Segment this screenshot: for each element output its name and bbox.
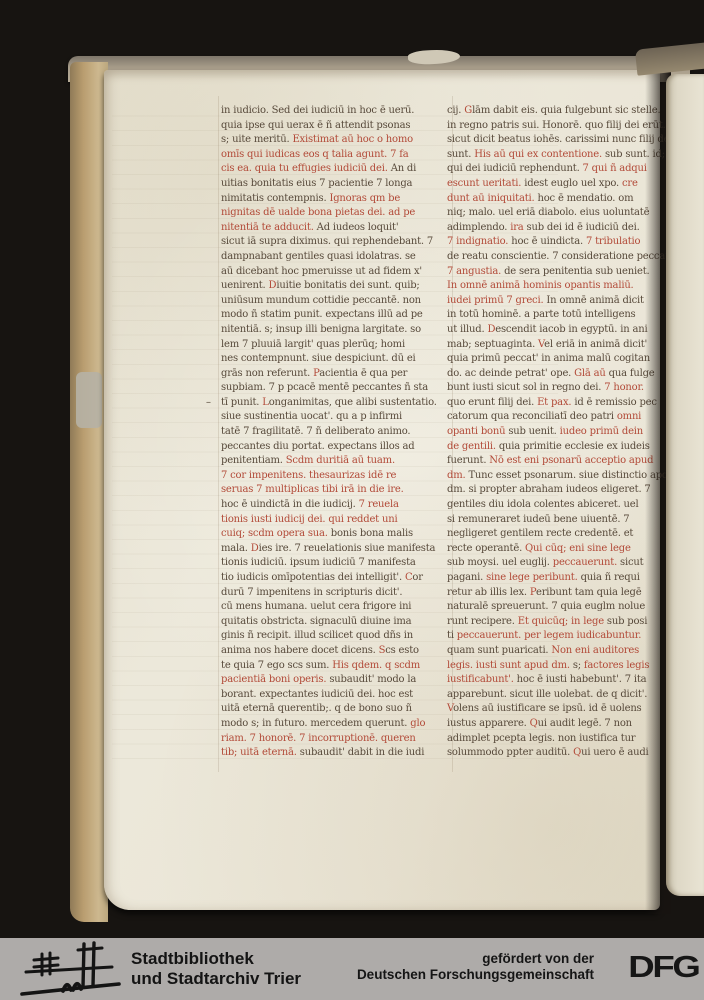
book-corner-top-right [635,42,704,75]
rubric-text: factores legis [584,660,649,671]
manuscript-line: dunt aū iniquitati. hoc ē mendatio. om [447,192,663,207]
rubric-text: Nō est eni psonarū acceptio apud [489,455,653,466]
manuscript-line: ginis ñ recipit. illud scilicet quod dñs… [221,629,449,644]
book-spine-edge [70,62,108,922]
manuscript-line: de reatu conscientie. 7 consideratione p… [447,250,663,265]
manuscript-line: quam sunt puaricati. Non eni auditores [447,644,663,659]
rubric-text: Q [573,747,581,758]
rubric-text: ira [510,222,526,233]
rubric-text: tib; uitā eternā. [221,747,300,758]
ink-text: hoc ē uindicta. [511,236,586,247]
ink-text: uitias bonitatis eius 7 pacientie 7 long… [221,178,412,189]
rubric-text: His aū qui ex contentione. [474,149,605,160]
manuscript-line: riam. 7 honorē. 7 incorruptionē. queren [221,732,449,747]
ink-text: el eriā in animā dicit' [544,339,647,350]
manuscript-line: tionis iusti iudicij dei. qui reddet uni [221,513,449,528]
library-name-line1: Stadtbibliothek [131,949,301,969]
manuscript-line: tatē 7 fragilitatē. 7 ñ deliberato animo… [221,425,449,440]
manuscript-line: s; uite meritū. Existimat aū hoc o homo [221,133,449,148]
ruling-vertical-left [218,96,219,772]
manuscript-line: grās non referunt. Pacientia ē qua per [221,367,449,382]
manuscript-line: modo ñ statim punit. expectans illū ad p… [221,308,449,323]
ink-text: sicut dicit beatus iohēs. carissimi nunc… [447,134,672,145]
rubric-text: dm. [447,470,468,481]
manuscript-line: nimitatis contempnis. Ignoras qm be [221,192,449,207]
manuscript-line: gentiles diu idola colentes abiceret. ue… [447,498,663,513]
manuscript-line: hoc ē uindictā in die iudicij. 7 reuela [221,498,449,513]
dfg-logo: DFG [628,947,698,987]
ink-text: tio iudicis omīpotentias dei intelligit'… [221,572,405,583]
ink-text: naturalē spreuerunt. 7 quia euglm nolue [447,601,645,612]
ink-text: modo s; in futuro. mercedem querunt. [221,718,410,729]
ink-text: in regno patris sui. Honorē. quo filij d… [447,120,666,131]
ink-text: cū mens humana. uelut cera frigore ini [221,601,411,612]
manuscript-line: qui dei iudiciū rephendunt. 7 qui ñ adqu… [447,162,663,177]
ink-text: ginis ñ recipit. illud scilicet quod dñs… [221,630,413,641]
rubric-text: D [251,543,259,554]
ink-text: quitatis obstricta. signaculū diuine ima [221,616,411,627]
ink-text: quia ipse qui uerax ē ñ attendit psonas [221,120,410,131]
ink-text: An di [391,163,416,174]
ink-text: escendit iacob in egyptū. in ani [495,324,647,335]
ink-text: eribunt tam quia legē [536,587,641,598]
ink-text: mab; septuaginta. [447,339,538,350]
funding-credit: gefördert von der Deutschen Forschungsge… [357,951,594,983]
ink-text: dampnabant gentiles quasi idolatras. se [221,251,416,262]
rubric-text: nitentiā te adducit. [221,222,317,233]
rubric-text: riam. 7 honorē. 7 incorruptionē. queren [221,733,416,744]
rubric-text: cis ea. quia tu effugies iudiciū dei. [221,163,391,174]
manuscript-line: nignitas dē ualde bona pietas dei. ad pe [221,206,449,221]
manuscript-line: legis. iusti sunt apud dm. s; factores l… [447,659,663,674]
ink-text: lām dabit eis. quia fulgebunt sic stelle… [472,105,660,116]
manuscript-line: tionis iudiciū. ipsum iudiciū 7 manifest… [221,556,449,571]
ink-text: hoc ē uindictā in die iudicij. [221,499,359,510]
manuscript-scan: in iudicio. Sed dei iudiciū in hoc ē uer… [0,0,704,1000]
manuscript-line: quitatis obstricta. signaculū diuine ima [221,615,449,630]
manuscript-line: cū mens humana. uelut cera frigore ini [221,600,449,615]
ink-text: nimitatis contempnis. [221,193,329,204]
manuscript-line: ti peccauerunt. per legem iudicabuntur. [447,629,663,644]
rubric-text: opanti bonū [447,426,508,437]
ink-text: idest euglo uel xpo. [524,178,622,189]
ink-text: uitā eternā querentib;. q de bono suo ñ [221,703,412,714]
manuscript-line: bunt iusti sicut sol in regno dei. 7 hon… [447,381,663,396]
ink-text: fuerunt. [447,455,489,466]
manuscript-line: uenirent. Diuitie bonitatis dei sunt. qu… [221,279,449,294]
manuscript-line: iudei primū 7 greci. In omnē animā dicit [447,294,663,309]
ink-text: supbiam. 7 p pcacē mentē peccantes ñ sta [221,382,428,393]
manuscript-line: nes contempnunt. siue despiciunt. dū ei [221,352,449,367]
ink-text: sub dei id ē iudiciū dei. [527,222,640,233]
ink-text: ui uero ē audi [581,747,648,758]
manuscript-line: anima nos habere docet dicens. Scs esto [221,644,449,659]
rubric-text: Existimat aū hoc o homo [292,134,413,145]
ink-text: do. ac deinde petrat' ope. [447,368,574,379]
rubric-text: 7 honor. [604,382,644,393]
manuscript-line: in iudicio. Sed dei iudiciū in hoc ē uer… [221,104,449,119]
ink-text: si remuneraret iudeū bene uiuentē. 7 [447,514,629,525]
manuscript-line: tib; uitā eternā. subaudit' dabit in die… [221,746,449,761]
manuscript-line: pacientiā boni operis. subaudit' modo la [221,673,449,688]
rubric-text: 7 cor impenitens. thesaurizas idē re [221,470,396,481]
ink-text: peccantes diu portat. expectans illos ad [221,441,414,452]
library-name-line2: und Stadtarchiv Trier [131,969,301,989]
rubric-text: Glā aū [574,368,609,379]
ink-text: in iudicio. Sed dei iudiciū in hoc ē uer… [221,105,414,116]
ink-text: ies ire. 7 reuelationis siue manifesta [259,543,436,554]
manuscript-line: in regno patris sui. Honorē. quo filij d… [447,119,663,134]
text-column-right: cij. Glām dabit eis. quia fulgebunt sic … [447,104,663,761]
ink-text: ui audit legē. 7 non [538,718,632,729]
ink-text: tionis iudiciū. ipsum iudiciū 7 manifest… [221,557,416,568]
manuscript-line: negligeret gentilem recte credentē. et [447,527,663,542]
manuscript-line: modo s; in futuro. mercedem querunt. glo [221,717,449,732]
ink-text: ti [447,630,457,641]
manuscript-line: 7 cor impenitens. thesaurizas idē re [221,469,449,484]
ink-text: mala. [221,543,251,554]
rubric-text: peccauerunt. [553,557,620,568]
rubric-text: Et pax. [537,397,574,408]
rubric-text: In omnē animā hominis opantis maliū. [447,280,634,291]
rubric-text: omni [617,411,641,422]
rubric-text: glo [410,718,425,729]
manuscript-line: catorum qua reconciliatī deo patri omni [447,410,663,425]
ink-text: de sera penitentia sub ueniet. [504,266,649,277]
manuscript-line: 7 indignatio. hoc ē uindicta. 7 tribulat… [447,235,663,250]
manuscript-line: iustus apparere. Qui audit legē. 7 non [447,717,663,732]
ink-text: niq; malo. uel eriā diabolo. eius uolunt… [447,207,649,218]
manuscript-line: tī punit. Longanimitas, que alibi susten… [221,396,449,411]
rubric-text: sine lege peribunt. [486,572,580,583]
manuscript-line: dm. si propter abraham iudeos eligeret. … [447,483,663,498]
manuscript-line: adimplendo. ira sub dei id ē iudiciū dei… [447,221,663,236]
ink-text: anima nos habere docet dicens. [221,645,379,656]
rubric-text: Non eni auditores [551,645,639,656]
manuscript-line: cij. Glām dabit eis. quia fulgebunt sic … [447,104,663,119]
ink-text: In omnē animā dicit [546,295,643,306]
manuscript-line: seruas 7 multiplicas tibi irā in die ire… [221,483,449,498]
ink-text: Tunc esset psonarum. siue distinctio apd [468,470,668,481]
manuscript-line: opanti bonū sub uenit. iudeo primū dein [447,425,663,440]
rubric-text: 7 indignatio. [447,236,511,247]
ink-text: sub uenit. [508,426,559,437]
manuscript-line: retur ab illis lex. Peribunt tam quia le… [447,586,663,601]
spine-wear-patch [76,372,102,428]
ink-text: siue sustinentia uocat'. qu a p infirmi [221,411,402,422]
ink-text: quo erunt filij dei. [447,397,537,408]
ink-text: onganimitas, que alibi sustentatio. [269,397,437,408]
manuscript-line: sicut dicit beatus iohēs. carissimi nunc… [447,133,663,148]
ink-text: uenirent. [221,280,269,291]
ink-text: in totū hominē. a parte totū intelligens [447,309,636,320]
rubric-text: iustificabunt'. [447,674,517,685]
manuscript-line: nitentiā. s; insup illi benigna largitat… [221,323,449,338]
ink-text: qui dei iudiciū rephendunt. [447,163,583,174]
manuscript-line: siue sustinentia uocat'. qu a p infirmi [221,410,449,425]
rubric-text: seruas 7 multiplicas tibi irā in die ire… [221,484,404,495]
ink-text: aū dicebant hoc pmeruisse ut ad fidem x' [221,266,422,277]
stadtbibliothek-logo-icon [20,941,122,999]
manuscript-line: do. ac deinde petrat' ope. Glā aū qua fu… [447,367,663,382]
rubric-text: peccauerunt. per legem iudicabuntur. [457,630,641,641]
rubric-text: dunt aū iniquitati. [447,193,538,204]
manuscript-line: sub moysi. uel euglij. peccauerunt. sicu… [447,556,663,571]
rubric-text: Qui cūq; eni sine lege [525,543,631,554]
manuscript-line: aū dicebant hoc pmeruisse ut ad fidem x' [221,265,449,280]
manuscript-line: borant. expectantes iudiciū dei. hoc est [221,688,449,703]
ink-text: iuitie bonitatis dei sunt. quib; [276,280,419,291]
ink-text: tī punit. [221,397,262,408]
ink-text: sub posi [607,616,647,627]
rubric-text: 7 tribulatio [586,236,640,247]
manuscript-line: solummodo ppter auditū. Qui uero ē audi [447,746,663,761]
ink-text: pagani. [447,572,486,583]
next-page-edge [666,74,704,896]
ink-text: or [412,572,422,583]
manuscript-line: pagani. sine lege peribunt. quia ñ requi [447,571,663,586]
ink-text: borant. expectantes iudiciū dei. hoc est [221,689,413,700]
ink-text: subaudit' modo la [329,674,416,685]
manuscript-line: cis ea. quia tu effugies iudiciū dei. An… [221,162,449,177]
manuscript-line: nitentiā te adducit. Ad iudeos loquit' [221,221,449,236]
ink-text: sunt. [447,149,474,160]
manuscript-line: apparebunt. sicut ille uolebat. de q dic… [447,688,663,703]
manuscript-line: si remuneraret iudeū bene uiuentē. 7 [447,513,663,528]
ink-text: grās non referunt. [221,368,313,379]
rubric-text: G [464,105,472,116]
manuscript-line: quia ipse qui uerax ē ñ attendit psonas [221,119,449,134]
manuscript-line: sicut iā supra diximus. qui rephendebant… [221,235,449,250]
ink-text: hoc ē iusti habebunt'. 7 ita [517,674,647,685]
funding-line2: Deutschen Forschungsgemeinschaft [357,967,594,983]
manuscript-line: adimplet pcepta legis. non iustifica tur [447,732,663,747]
ink-text: adimplendo. [447,222,510,233]
ink-text: quam sunt puaricati. [447,645,551,656]
manuscript-line: iustificabunt'. hoc ē iusti habebunt'. 7… [447,673,663,688]
rubric-text: pacientiā boni operis. [221,674,329,685]
manuscript-line: quia primū peccat' in anima malū cogitan [447,352,663,367]
rubric-text: cre [622,178,638,189]
manuscript-line: mala. Dies ire. 7 reuelationis siue mani… [221,542,449,557]
ink-text: s; uite meritū. [221,134,292,145]
ink-text: apparebunt. sicut ille uolebat. de q dic… [447,689,647,700]
manuscript-line: fuerunt. Nō est eni psonarū acceptio apu… [447,454,663,469]
manuscript-line: runt recipere. Et quicūq; in lege sub po… [447,615,663,630]
manuscript-line: niq; malo. uel eriā diabolo. eius uolunt… [447,206,663,221]
rubric-text: Et quicūq; in lege [518,616,607,627]
rubric-text: omīs qui iudicas eos q talia agunt. 7 fa [221,149,409,160]
ink-text: subaudit' dabit in die iudi [300,747,424,758]
manuscript-line: te quia 7 ego scs sum. His qdem. q scdm [221,659,449,674]
rubric-text: iudeo primū dein [560,426,643,437]
rubric-text: 7 qui ñ adqui [583,163,647,174]
manuscript-line: de gentili. quia primitie ecclesie ex iu… [447,440,663,455]
ink-text: acientia ē qua per [319,368,407,379]
manuscript-line: tio iudicis omīpotentias dei intelligit'… [221,571,449,586]
ink-text: adimplet pcepta legis. non iustifica tur [447,733,635,744]
ink-text: runt recipere. [447,616,518,627]
manuscript-line: 7 angustia. de sera penitentia sub uenie… [447,265,663,280]
footer-banner: Stadtbibliothek und Stadtarchiv Trier ge… [0,938,704,1000]
ink-text: de reatu conscientie. 7 consideratione p… [447,251,675,262]
rubric-text: Scdm duritiā aū tuam. [286,455,395,466]
marginal-mark: – [206,397,211,408]
ink-text: nes contempnunt. siue despiciunt. dū ei [221,353,416,364]
manuscript-line: uitā eternā querentib;. q de bono suo ñ [221,702,449,717]
ink-text: retur ab illis lex. [447,587,530,598]
ink-text: quia primitie ecclesie ex iudeis [499,441,650,452]
ink-text: solummodo ppter auditū. [447,747,573,758]
ink-text: uniūsum mundum cottidie peccantē. non [221,295,421,306]
rubric-text: 7 reuela [359,499,399,510]
manuscript-line: In omnē animā hominis opantis maliū. [447,279,663,294]
manuscript-line: dampnabant gentiles quasi idolatras. se [221,250,449,265]
ink-text: quia ñ requi [581,572,640,583]
rubric-text: Q [530,718,538,729]
manuscript-line: peccantes diu portat. expectans illos ad [221,440,449,455]
ink-text: Ad iudeos loquit' [317,222,399,233]
ink-text: cs esto [385,645,419,656]
manuscript-line: Volens aū iustificare se ipsū. id ē uole… [447,702,663,717]
ink-text: dm. si propter abraham iudeos eligeret. … [447,484,651,495]
manuscript-line: escunt ueritati. idest euglo uel xpo. cr… [447,177,663,192]
ink-text: recte operantē. [447,543,525,554]
ink-text: sicut [620,557,643,568]
manuscript-line: dm. Tunc esset psonarum. siue distinctio… [447,469,663,484]
manuscript-line: cuiq; scdm opera sua. bonis bona malis [221,527,449,542]
ink-text: sicut iā supra diximus. qui rephendebant… [221,236,433,247]
manuscript-line: lem 7 pluuiā largit' quas plerūq; homi [221,338,449,353]
rubric-text: legis. iusti sunt apud dm. [447,660,573,671]
manuscript-line: supbiam. 7 p pcacē mentē peccantes ñ sta [221,381,449,396]
ink-text: nitentiā. s; insup illi benigna largitat… [221,324,421,335]
ink-text: gentiles diu idola colentes abiceret. ue… [447,499,639,510]
manuscript-line: durū 7 impenitens in scripturis dicit'. [221,586,449,601]
rubric-text: cuiq; scdm opera sua. [221,528,331,539]
ink-text: hoc ē mendatio. om [538,193,634,204]
ink-text: catorum qua reconciliatī deo patri [447,411,617,422]
rubric-text: tionis iusti iudicij dei. qui reddet uni [221,514,397,525]
rubric-text: His qdem. q scdm [332,660,420,671]
manuscript-line: penitentiam. Scdm duritiā aū tuam. [221,454,449,469]
manuscript-line: recte operantē. Qui cūq; eni sine lege [447,542,663,557]
ink-text: modo ñ statim punit. expectans illū ad p… [221,309,423,320]
manuscript-line: sunt. His aū qui ex contentione. sub sun… [447,148,663,163]
ink-text: iustus apparere. [447,718,530,729]
ink-text: s; [573,660,584,671]
ink-text: sub moysi. uel euglij. [447,557,553,568]
manuscript-line: omīs qui iudicas eos q talia agunt. 7 fa [221,148,449,163]
ink-text: penitentiam. [221,455,286,466]
manuscript-line: ut illud. Descendit iacob in egyptū. in … [447,323,663,338]
ink-text: cij. [447,105,464,116]
ink-text: quia primū peccat' in anima malū cogitan [447,353,650,364]
ink-text: negligeret gentilem recte credentē. et [447,528,633,539]
ink-text: bonis bona malis [331,528,413,539]
rubric-text: Ignoras qm be [329,193,400,204]
text-column-left: in iudicio. Sed dei iudiciū in hoc ē uer… [221,104,449,761]
ink-text: bunt iusti sicut sol in regno dei. [447,382,604,393]
ink-text: ut illud. [447,324,487,335]
rubric-text: iudei primū 7 greci. [447,295,546,306]
manuscript-line: uniūsum mundum cottidie peccantē. non [221,294,449,309]
manuscript-line: in totū hominē. a parte totū intelligens [447,308,663,323]
rubric-text: escunt ueritati. [447,178,524,189]
rubric-text: nignitas dē ualde bona pietas dei. ad pe [221,207,415,218]
ink-text: tatē 7 fragilitatē. 7 ñ deliberato animo… [221,426,410,437]
rubric-text: 7 angustia. [447,266,504,277]
manuscript-line: naturalē spreuerunt. 7 quia euglm nolue [447,600,663,615]
library-name: Stadtbibliothek und Stadtarchiv Trier [131,949,301,989]
manuscript-line: quo erunt filij dei. Et pax. id ē remiss… [447,396,663,411]
rubric-text: de gentili. [447,441,499,452]
manuscript-line: uitias bonitatis eius 7 pacientie 7 long… [221,177,449,192]
funding-line1: gefördert von der [357,951,594,967]
ink-text: te quia 7 ego scs sum. [221,660,332,671]
ink-text: lem 7 pluuiā largit' quas plerūq; homi [221,339,405,350]
manuscript-line: mab; septuaginta. Vel eriā in animā dici… [447,338,663,353]
ink-text: durū 7 impenitens in scripturis dicit'. [221,587,402,598]
ink-text: olens aū iustificare se ipsū. id ē uolen… [453,703,641,714]
